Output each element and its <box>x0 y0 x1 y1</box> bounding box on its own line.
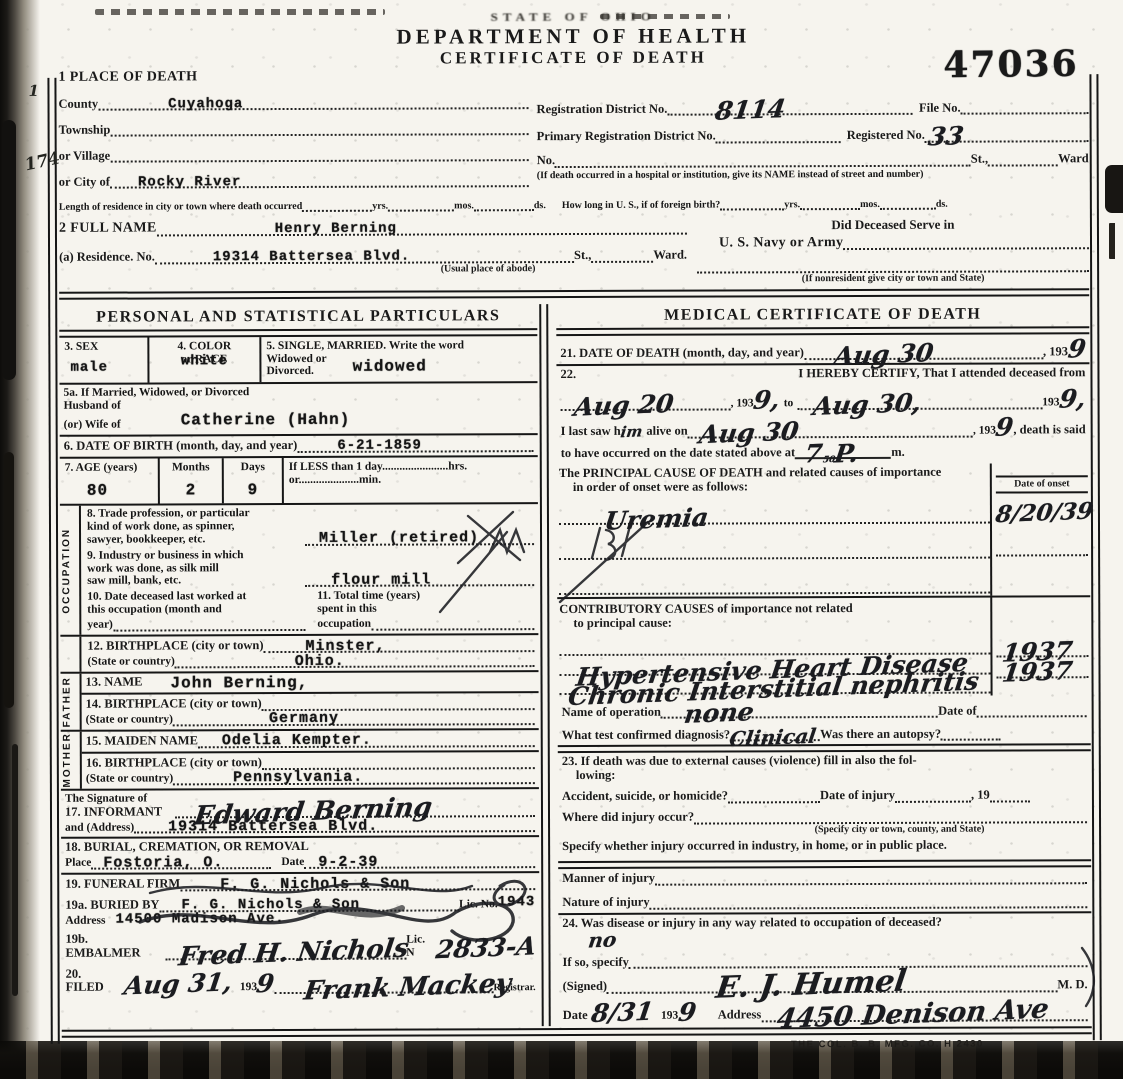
uslen-ds-label: ds. <box>936 199 948 211</box>
filed-label: 20. FILED <box>66 967 119 995</box>
totaltime-line-row: occupation <box>317 615 534 631</box>
mother-bp-line <box>262 754 535 770</box>
registration-district-row: Registration District No. 8114 File No. <box>537 98 1089 116</box>
date-of-death-row: 21. DATE OF DEATH (month, day, and year)… <box>556 336 1089 364</box>
cause-blank-line-2 <box>559 579 990 596</box>
informant-signature-row: The Signature of 17. INFORMANT Edward Be… <box>65 791 535 819</box>
file-no-label: File No. <box>919 101 961 115</box>
buried-by-block: 19a. BURIED BY F. G. Nichols & Son Lic. … <box>61 893 539 930</box>
birthplace-line: Minster, <box>263 637 534 653</box>
to-line: Aug 30, <box>797 393 1042 410</box>
totaltime-label-3: occupation <box>317 618 371 631</box>
operation-value: none <box>683 701 755 725</box>
medical-title-rule <box>556 326 1089 336</box>
external-label-2: lowing: <box>576 767 1087 783</box>
father-side-label: FATHER <box>63 676 73 727</box>
days-value: 9 <box>229 482 277 500</box>
birthplace-state-value: Ohio. <box>295 653 345 670</box>
lastwork-label-1: 10. Date deceased last worked at <box>87 590 305 604</box>
industry-line: flour mill <box>305 572 534 588</box>
medical-column: MEDICAL CERTIFICATE OF DEATH 21. DATE OF… <box>550 302 1092 1026</box>
dob-line: 6-21-1859 <box>297 437 533 453</box>
months-cell: Months 2 <box>158 458 222 504</box>
totaltime-line <box>371 615 534 631</box>
occupation-gutter: OCCUPATION <box>60 506 81 635</box>
dod-line: Aug 30 <box>804 343 1043 360</box>
ward-line <box>988 151 1058 166</box>
contributory-years-column: 1937 1937 <box>990 597 1090 695</box>
buried-lic-label: Lic. No. <box>459 898 498 911</box>
city-label: or City of <box>59 175 110 189</box>
reslen-mos-label: mos. <box>454 200 474 212</box>
maiden-name-label: 15. MAIDEN NAME <box>86 734 198 748</box>
nature-row: Nature of injury <box>558 891 1091 913</box>
full-name-value: Henry Berning <box>275 222 397 238</box>
registration-district-value: 8114 <box>714 98 787 122</box>
navy-army-block: Did Deceased Serve in U. S. Navy or Army… <box>687 218 1089 285</box>
registration-district-label: Registration District No. <box>537 102 668 116</box>
ward-label: Ward <box>1058 152 1089 166</box>
township-line <box>110 121 528 137</box>
totaltime-label-2: spent in this <box>317 602 534 616</box>
embalmer-row: 19b. EMBALMER Fred H. Nichols Lic. N 283… <box>61 929 539 963</box>
cause-onset-value: 8/20/39 <box>994 502 1094 525</box>
buried-by-line: F. G. Nichols & Son <box>159 896 459 912</box>
accident-label: Accident, suicide, or homicide? <box>562 790 728 804</box>
birthplace-row: 12. BIRTHPLACE (city or town) Minster, <box>87 637 534 654</box>
certify-heading-row: 22. I HEREBY CERTIFY, That I attended de… <box>560 366 1085 382</box>
township-row: Township <box>59 121 529 138</box>
time-meridiem: P. <box>833 443 859 465</box>
residence-st-label: St., <box>574 249 591 263</box>
county-row: County Cuyahoga <box>58 95 528 112</box>
marital-label-1: 5. SINGLE, MARRIED. Write the word <box>266 339 532 353</box>
burial-block: 18. BURIAL, CREMATION, OR REMOVAL Place … <box>61 836 539 873</box>
accident-row: Accident, suicide, or homicide? Date of … <box>562 787 1087 804</box>
residence-line: 19314 Battersea Blvd. <box>155 248 574 264</box>
document-header: STATE OF OHIO DEPARTMENT OF HEALTH CERTI… <box>58 2 1088 64</box>
father-content: 13. NAME John Berning, 14. BIRTHPLACE (c… <box>82 672 539 729</box>
dod-year-hand: 9 <box>1066 338 1086 360</box>
contributory-left: CONTRIBUTORY CAUSES of importance not re… <box>557 598 990 698</box>
residence-row: (a) Residence. No. 19314 Battersea Blvd.… <box>59 247 687 264</box>
birthplace-label-1: 12. BIRTHPLACE (city or town) <box>87 639 263 653</box>
dod-year-printed: , 193 <box>1043 345 1068 359</box>
informant-block: The Signature of 17. INFORMANT Edward Be… <box>61 787 539 837</box>
burial-date-label: Date <box>281 856 304 869</box>
manner-label: Manner of injury <box>562 872 655 886</box>
operation-date-label: Date of <box>938 704 977 718</box>
accident-line <box>728 788 820 803</box>
certify-block: 22. I HEREBY CERTIFY, That I attended de… <box>556 362 1089 463</box>
months-value: 2 <box>165 482 217 500</box>
uslen-mos-label: mos. <box>860 199 880 211</box>
age-row: 7. AGE (years) 80 Months 2 Days 9 If LES… <box>60 455 538 504</box>
mother-birthplace-row: 16. BIRTHPLACE (city or town) (State or … <box>82 750 539 789</box>
if-so-label: If so, specify <box>562 955 628 969</box>
father-bp-label-1: 14. BIRTHPLACE (city or town) <box>86 697 262 711</box>
lastwork-label-3: year) <box>87 619 113 632</box>
st-label: St., <box>971 152 988 166</box>
reslen-yrs-line <box>302 197 372 212</box>
lastwork-line <box>113 616 306 632</box>
maiden-name-value: Odelia Kempter. <box>222 733 372 750</box>
spouse-label-3: (or) Wife of <box>64 418 121 431</box>
printer-credit: THE COL. B. B. MFG. CO. H 2430 <box>791 1040 984 1050</box>
funeral-firm-row: 19. FUNERAL FIRM F. G. Nichols & Son <box>61 871 539 895</box>
father-name-value: John Berning, <box>170 675 308 693</box>
manner-row: Manner of injury <box>558 867 1091 889</box>
attended-from-row: Aug 20 , 193 9, to Aug 30, 193 9, <box>561 388 1086 411</box>
reslen-yrs-label: yrs. <box>372 201 388 213</box>
age-value: 80 <box>87 482 153 500</box>
served-line-2: U. S. Navy or Army <box>719 235 843 251</box>
lastwork-label-2: this occupation (month and <box>87 603 305 617</box>
mother-content: 15. MAIDEN NAME Odelia Kempter. 16. BIRT… <box>82 730 539 789</box>
margin-handwriting-top: 1 <box>28 82 39 100</box>
cause-blank-line-1 <box>559 544 990 561</box>
principal-cause-block: The PRINCIPAL CAUSE OF DEATH and related… <box>557 464 1090 598</box>
residence-ward-line <box>591 248 653 263</box>
contributory-label-2: to principal cause: <box>573 615 990 630</box>
birthplace-state-line: Ohio. <box>175 652 535 668</box>
manner-line <box>655 869 1087 886</box>
served-row: U. S. Navy or Army <box>697 234 1089 251</box>
trade-line: Miller (retired) <box>305 530 534 546</box>
township-label: Township <box>59 123 111 137</box>
place-of-death-heading: 1 PLACE OF DEATH <box>58 68 528 85</box>
onset-blank-line <box>996 542 1088 557</box>
birthplace-content: 12. BIRTHPLACE (city or town) Minster, (… <box>81 635 538 672</box>
no-label: No. <box>537 154 555 168</box>
marital-label-3: Divorced. <box>266 365 326 378</box>
filed-year-hand: 9 <box>256 973 276 995</box>
village-row: or Village <box>59 147 529 164</box>
registered-no-value: 33 <box>927 125 965 148</box>
related-label: 24. Was disease or injury in any way rel… <box>562 915 1087 931</box>
less-label-2: or.....................min. <box>289 473 533 487</box>
birthplace-label-2: (State or country) <box>87 656 174 669</box>
informant-label-3: and (Address) <box>65 821 134 834</box>
residence-ward-label: Ward. <box>653 249 687 263</box>
certificate-form: 1 174 STATE OF OHIO DEPARTMENT OF HEALTH… <box>34 2 1118 1052</box>
last-worked-row: 10. Date deceased last worked at this oc… <box>87 590 534 632</box>
registered-no-line: 33 <box>925 125 1089 142</box>
father-name-area: John Berning, <box>142 674 534 689</box>
injury-19-line <box>990 787 1030 802</box>
burial-date-value: 9-2-39 <box>318 854 378 871</box>
marital-value: widowed <box>353 358 427 376</box>
residence-length-row: Length of residence in city or town wher… <box>59 195 1089 214</box>
operation-date-line <box>977 703 1087 718</box>
test-label: What test confirmed diagnosis? <box>562 728 730 742</box>
autopsy-line <box>941 726 1001 741</box>
registered-no-label: Registered No. <box>847 129 925 143</box>
time-hour: 7 <box>804 443 824 465</box>
totaltime-label-1: 11. Total time (years) <box>317 590 534 604</box>
dob-value: 6-21-1859 <box>337 439 422 455</box>
county-value: Cuyahoga <box>168 97 243 113</box>
certify-number: 22. <box>560 368 576 382</box>
main-columns: PERSONAL AND STATISTICAL PARTICULARS 3. … <box>59 302 1092 1028</box>
last-saw-year-hand: 9 <box>994 416 1014 438</box>
last-saw-label-1: I last saw h <box>561 425 621 439</box>
county-line: Cuyahoga <box>98 95 528 112</box>
filed-date-value: Aug 31, <box>123 971 234 996</box>
signed-address-label: Address <box>718 1009 762 1023</box>
file-no-line <box>961 99 1089 114</box>
industry-row: 9. Industry or business in which work wa… <box>87 548 534 588</box>
months-label: Months <box>165 461 217 474</box>
father-name-row: 13. NAME John Berning, <box>82 672 539 692</box>
primary-registration-row: Primary Registration District No. Regist… <box>537 125 1089 143</box>
city-line: Rocky River <box>110 173 529 189</box>
registrar-signature: Frank Mackey <box>302 973 512 1003</box>
residence-length-label: Length of residence in city or town wher… <box>59 201 302 213</box>
occupation-related-block: 24. Was disease or injury in any way rel… <box>558 911 1091 1026</box>
city-value: Rocky River <box>138 175 241 191</box>
where-injury-label: Where did injury occur? <box>562 811 694 825</box>
birthplace-block: 12. BIRTHPLACE (city or town) Minster, (… <box>60 633 538 672</box>
industry-label-1: 9. Industry or business in which <box>87 549 305 563</box>
birthplace-state-row: (State or country) Ohio. <box>87 652 534 669</box>
residence-value: 19314 Battersea Blvd. <box>213 250 410 266</box>
embalmer-lic-value: 2833-A <box>434 936 537 961</box>
contributory-year-line-2: 1937 <box>996 662 1088 679</box>
father-block: FATHER 13. NAME John Berning, 14. BIRTHP… <box>61 670 539 729</box>
nature-line <box>650 893 1088 910</box>
place-of-death-block: 1 PLACE OF DEATH County Cuyahoga Townshi… <box>58 66 528 189</box>
nonresident-line <box>697 257 1089 273</box>
uslen-ds-line <box>880 195 936 210</box>
father-name-label: 13. NAME <box>86 676 143 690</box>
buried-by-row: 19a. BURIED BY F. G. Nichols & Son Lic. … <box>65 895 535 912</box>
mother-bp-state-line: Pennsylvania. <box>173 769 535 785</box>
autopsy-label: Was there an autopsy? <box>820 727 941 741</box>
occupation-content: 8. Trade profession, or particular kind … <box>81 504 538 635</box>
test-row: What test confirmed diagnosis? Clinical … <box>558 724 1091 746</box>
occurred-at-row: to have occurred on the date stated abov… <box>561 442 1086 460</box>
test-line: Clinical <box>730 727 820 742</box>
father-bp-state-line: Germany <box>173 710 535 726</box>
county-label: County <box>58 97 98 111</box>
mother-side-label: MOTHER <box>63 732 73 787</box>
trade-label-3: sawyer, bookkeeper, etc. <box>87 533 305 547</box>
trade-row: 8. Trade profession, or particular kind … <box>87 506 534 546</box>
onset-column: Date of onset 8/20/39 <box>990 464 1090 596</box>
trade-label-1: 8. Trade profession, or particular <box>87 507 305 521</box>
served-line <box>843 234 1089 250</box>
where-injury-row: Where did injury occur? <box>562 808 1087 825</box>
signed-year-printed: 193 <box>661 1010 678 1023</box>
burial-date-line: 9-2-39 <box>304 853 535 869</box>
certificate-title: CERTIFICATE OF DEATH <box>58 47 1088 68</box>
signed-line: E. J. Humel <box>607 972 1057 994</box>
medical-title: MEDICAL CERTIFICATE OF DEATH <box>556 302 1089 327</box>
last-saw-value: Aug 30 <box>698 420 800 445</box>
signed-address-line: 4450 Denison Ave <box>761 1003 1088 1022</box>
nonresident-note: (If nonresident give city or town and St… <box>697 272 1089 284</box>
days-label: Days <box>229 461 277 474</box>
name-residence-left: 2 FULL NAME Henry Berning (a) Residence.… <box>59 219 687 287</box>
injury-19-label: , 19 <box>971 789 990 803</box>
less-label-1: If LESS than 1 day......................… <box>289 460 533 474</box>
specify-where-label: Specify whether injury occurred in indus… <box>562 838 1087 854</box>
registration-district-line: 8114 <box>667 99 913 116</box>
top-registration-section: 1 PLACE OF DEATH County Cuyahoga Townshi… <box>58 64 1088 189</box>
hospital-note: (If death occurred in a hospital or inst… <box>537 168 1089 181</box>
death-certificate-scan: { "colors": {"paper": "#f6f4ee", "ink": … <box>0 0 1123 1079</box>
maiden-name-line: Odelia Kempter. <box>198 732 535 748</box>
personal-column: PERSONAL AND STATISTICAL PARTICULARS 3. … <box>59 304 540 1028</box>
signed-date-value: 8/31 <box>590 1001 655 1025</box>
served-line-1: Did Deceased Serve in <box>697 218 1089 234</box>
informant-label-2: 17. INFORMANT <box>65 805 175 819</box>
reslen-ds-line <box>474 197 534 212</box>
street-ward-row: No. St., Ward <box>537 151 1089 168</box>
full-name-label: 2 FULL NAME <box>59 221 157 237</box>
department-title: DEPARTMENT OF HEALTH <box>58 24 1088 49</box>
age-cell: 7. AGE (years) 80 <box>60 458 158 504</box>
from-value: Aug 20 <box>573 393 675 418</box>
last-saw-label-2: alive on <box>646 425 687 439</box>
embalmer-label: 19b. EMBALMER <box>65 932 165 960</box>
last-saw-him-hand: im <box>620 426 643 440</box>
funeral-firm-value: F. G. Nichols & Son <box>220 876 410 893</box>
occurred-label: to have occurred on the date stated abov… <box>561 446 796 461</box>
no-line <box>555 151 971 167</box>
filed-line: Frank Mackey <box>274 976 493 994</box>
father-bp-label-2: (State or country) <box>86 713 173 726</box>
age-label: 7. AGE (years) <box>65 461 153 474</box>
funeral-firm-label: 19. FUNERAL FIRM <box>65 878 180 892</box>
signed-label: (Signed) <box>563 980 608 994</box>
dod-label: 21. DATE OF DEATH (month, day, and year) <box>560 346 804 361</box>
from-line: Aug 20 <box>561 394 731 411</box>
dod-value: Aug 30 <box>832 342 934 367</box>
father-birthplace-row: 14. BIRTHPLACE (city or town) (State or … <box>82 691 539 730</box>
dob-label: 6. DATE OF BIRTH (month, day, and year) <box>64 439 298 454</box>
marital-inner-row: Widowed or Divorced. widowed <box>266 352 532 379</box>
time-m-label: m. <box>891 446 905 460</box>
buried-lic-value: 1943 <box>498 895 536 911</box>
contributory-block: CONTRIBUTORY CAUSES of importance not re… <box>557 595 1090 697</box>
principal-cause-left: The PRINCIPAL CAUSE OF DEATH and related… <box>557 464 990 597</box>
test-value: Clinical <box>729 728 818 748</box>
cause-line: Uremia <box>559 507 990 525</box>
filed-row: 20. FILED Aug 31, 193 9 Frank Mackey Reg… <box>62 964 540 998</box>
uslen-mos-line <box>800 195 860 210</box>
buried-address-label: Address <box>65 915 105 928</box>
where-injury-line <box>694 808 1087 824</box>
specify-city-note: (Specify city or town, county, and State… <box>712 823 1087 835</box>
contributory-year-2: 1937 <box>1001 660 1074 684</box>
contributory-line-2: Chronic Interstitial nephritis <box>560 677 991 695</box>
to-value: Aug 30, <box>812 392 923 417</box>
to-label: to <box>784 397 794 410</box>
mother-bp-value: Pennsylvania. <box>233 770 363 787</box>
industry-value: flour mill <box>331 572 431 589</box>
state-title: STATE OF OHIO <box>58 9 1088 24</box>
color-label-1: 4. COLOR <box>154 340 254 353</box>
trade-label-2: kind of work done, as spinner, <box>87 520 305 534</box>
informant-signature: Edward Berning <box>193 797 434 828</box>
injury-date-label: Date of injury <box>820 789 895 803</box>
last-saw-year-printed: , 193 <box>973 425 996 438</box>
uslen-yrs-line <box>720 196 784 211</box>
cause-value: Uremia <box>603 507 710 532</box>
full-name-line: Henry Berning <box>157 219 687 236</box>
nature-label: Nature of injury <box>562 896 649 910</box>
from-year-hand: 9, <box>752 389 781 411</box>
name-residence-section: 2 FULL NAME Henry Berning (a) Residence.… <box>59 218 1089 287</box>
burial-place-row: Place Fostoria, O. Date 9-2-39 <box>65 853 535 870</box>
signed-year-hand: 9 <box>677 1001 697 1023</box>
from-year-printed: , 193 <box>731 397 754 410</box>
mother-bp-label-2: (State or country) <box>86 772 173 785</box>
external-causes-block: 23. If death was due to external causes … <box>558 752 1091 857</box>
signed-row: (Signed) E. J. Humel M. D. <box>563 972 1088 994</box>
personal-title: PERSONAL AND STATISTICAL PARTICULARS <box>59 304 537 329</box>
residence-label: (a) Residence. No. <box>59 250 155 264</box>
industry-label-3: saw mill, bank, etc. <box>87 574 305 588</box>
section-divider-rule <box>59 288 1089 300</box>
father-gutter: FATHER <box>61 674 82 730</box>
lastwork-year-row: year) <box>87 616 305 632</box>
buried-address-value: 14500 Madison Ave. <box>115 912 284 928</box>
principal-label-1: The PRINCIPAL CAUSE OF DEATH and related… <box>559 466 990 481</box>
onset-header: Date of onset <box>996 476 1088 494</box>
funeral-firm-line: F. G. Nichols & Son <box>180 875 535 891</box>
file-number-stamp: 47036 <box>943 46 1079 84</box>
mother-block: MOTHER 15. MAIDEN NAME Odelia Kempter. 1… <box>61 728 539 789</box>
dob-row: 6. DATE OF BIRTH (month, day, and year) … <box>60 433 538 457</box>
related-value: no <box>587 932 617 950</box>
reslen-ds-label: ds. <box>534 200 546 212</box>
burial-place-label: Place <box>65 857 91 870</box>
signed-date-row: Date 8/31 193 9 Address 4450 Denison Ave <box>563 1000 1088 1023</box>
father-bp-value: Germany <box>269 711 339 728</box>
occupation-side-label: OCCUPATION <box>62 527 72 613</box>
sex-cell: 3. SEX male <box>59 337 147 383</box>
mother-gutter: MOTHER <box>61 732 82 789</box>
principal-label-2: in order of onset were as follows: <box>573 480 990 495</box>
city-row: or City of Rocky River <box>59 173 529 190</box>
uslen-yrs-label: yrs. <box>784 199 800 211</box>
birthplace-gutter <box>60 637 81 672</box>
primary-registration-line <box>716 128 841 143</box>
time-line: 7 50 P. <box>795 443 891 460</box>
burial-place-value: Fostoria, O. <box>103 855 223 872</box>
to-year-printed: 193 <box>1042 396 1059 409</box>
embalmer-lic-label: Lic. N <box>406 933 436 959</box>
marital-label-2: Widowed or <box>266 352 326 365</box>
to-year-hand: 9, <box>1058 387 1087 409</box>
maiden-name-row: 15. MAIDEN NAME Odelia Kempter. <box>82 730 539 752</box>
burial-place-line: Fostoria, O. <box>91 854 271 870</box>
color-value: white <box>154 355 254 371</box>
spouse-inner-row: (or) Wife of Catherine (Hahn) <box>64 411 534 431</box>
spouse-value: Catherine (Hahn) <box>181 412 351 430</box>
sex-label: 3. SEX <box>64 340 142 353</box>
sex-value: male <box>70 360 142 376</box>
us-length-label: How long in U. S., if of foreign birth? <box>562 199 720 211</box>
village-line <box>110 147 529 163</box>
contributory-label-1: CONTRIBUTORY CAUSES of importance not re… <box>559 602 990 617</box>
full-name-row: 2 FULL NAME Henry Berning <box>59 219 687 237</box>
occupation-block: OCCUPATION 8. Trade profession, or parti… <box>60 502 538 635</box>
trade-value: Miller (retired) <box>319 531 479 548</box>
